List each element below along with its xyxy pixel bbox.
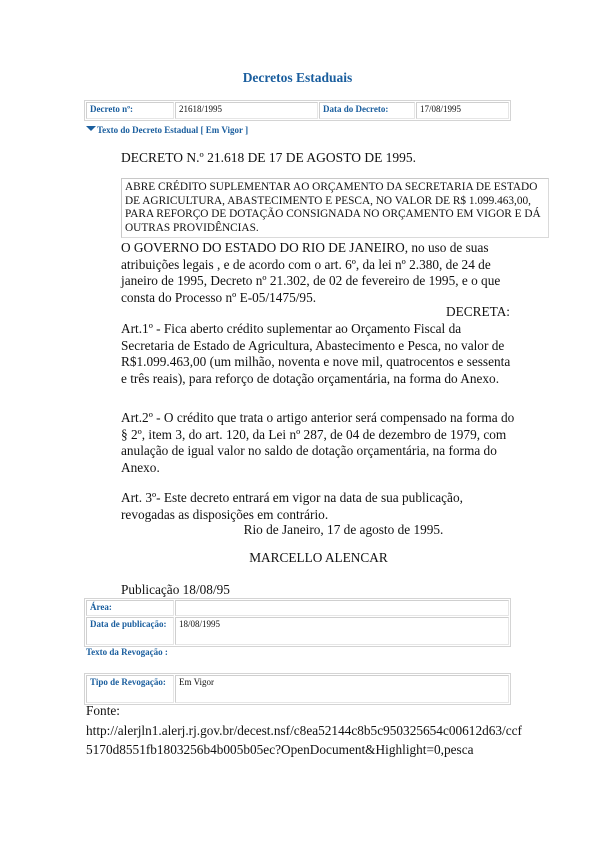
revocation-type-value: Em Vigor — [175, 675, 509, 703]
decree-text-section-toggle[interactable]: Texto do Decreto Estadual [ Em Vigor ] — [86, 125, 248, 135]
article-1: Art.1º - Fica aberto crédito suplementar… — [121, 321, 516, 387]
article-2: Art.2º - O crédito que trata o artigo an… — [121, 410, 516, 476]
area-value — [175, 600, 509, 616]
table-row: Decreto nº: 21618/1995 Data do Decreto: … — [86, 102, 509, 119]
decree-heading: DECRETO N.º 21.618 DE 17 DE AGOSTO DE 19… — [121, 150, 516, 167]
table-row: Data de publicação: 18/08/1995 — [86, 617, 509, 645]
publication-table: Área: Data de publicação: 18/08/1995 — [84, 598, 511, 647]
triangle-down-icon — [86, 126, 96, 131]
publication-date-label: Data de publicação: — [86, 617, 174, 645]
revocation-text-label: Texto da Revogação : — [86, 647, 168, 657]
decreta-label: DECRETA: — [121, 304, 510, 320]
page-title: Decretos Estaduais — [0, 70, 595, 86]
area-label: Área: — [86, 600, 174, 616]
decree-number-label: Decreto nº: — [86, 102, 174, 119]
decree-info-table: Decreto nº: 21618/1995 Data do Decreto: … — [84, 100, 511, 121]
decree-text-section-label: Texto do Decreto Estadual [ Em Vigor ] — [97, 125, 248, 135]
decree-date-value: 17/08/1995 — [416, 102, 509, 119]
table-row: Tipo de Revogação: Em Vigor — [86, 675, 509, 703]
publication-date-value: 18/08/1995 — [175, 617, 509, 645]
publication-note: Publicação 18/08/95 — [121, 582, 230, 598]
signature: MARCELLO ALENCAR — [121, 550, 516, 566]
source-block: Fonte: http://alerjln1.alerj.rj.gov.br/d… — [86, 701, 526, 760]
place-and-date: Rio de Janeiro, 17 de agosto de 1995. — [146, 522, 541, 538]
source-url[interactable]: http://alerjln1.alerj.rj.gov.br/decest.n… — [86, 721, 526, 760]
article-3: Art. 3º- Este decreto entrará em vigor n… — [121, 490, 516, 523]
source-label: Fonte: — [86, 701, 526, 721]
decree-date-label: Data do Decreto: — [319, 102, 415, 119]
decree-ementa: ABRE CRÉDITO SUPLEMENTAR AO ORÇAMENTO DA… — [121, 178, 549, 238]
decree-intro-paragraph: O GOVERNO DO ESTADO DO RIO DE JANEIRO, n… — [121, 240, 516, 306]
table-row: Área: — [86, 600, 509, 616]
decree-number-value: 21618/1995 — [175, 102, 318, 119]
revocation-type-label: Tipo de Revogação: — [86, 675, 174, 703]
